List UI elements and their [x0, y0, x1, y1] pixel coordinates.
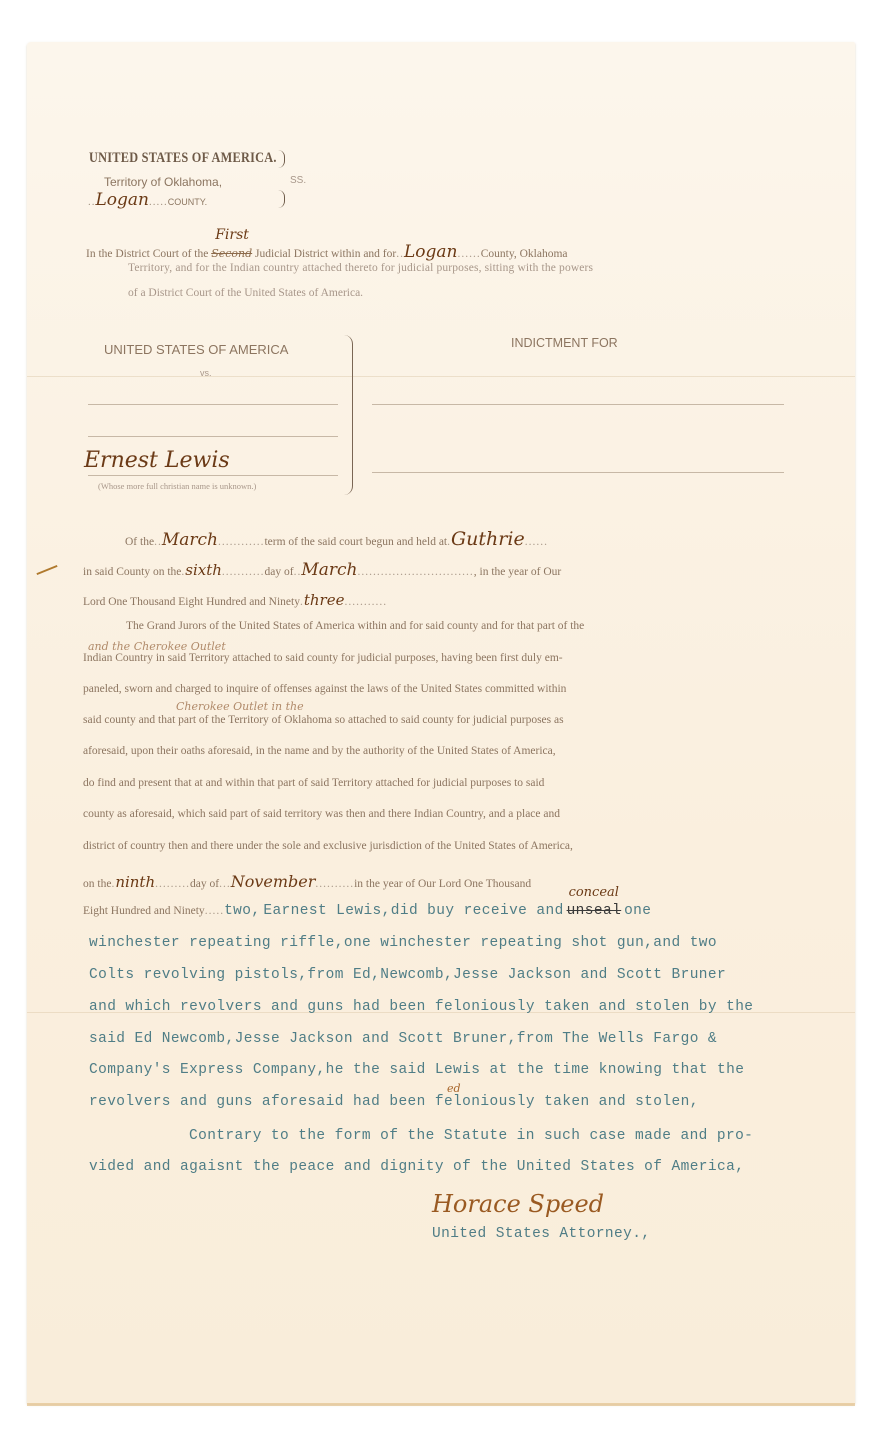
typed-line: Company's Express Company,he the said Le… — [89, 1062, 744, 1078]
month-handwritten: March — [301, 560, 357, 580]
defendant-note: (Whose more full christian name is unkno… — [98, 481, 256, 491]
court-mid: Judicial District within and for — [255, 248, 396, 260]
body-line: Indian Country in said Territory attache… — [83, 652, 563, 664]
body-line: paneled, sworn and charged to inquire of… — [83, 683, 566, 695]
district-handwritten: First — [215, 227, 249, 243]
year-line: Lord One Thousand Eight Hundred and Nine… — [83, 591, 387, 609]
body-line: district of country then and there under… — [83, 840, 573, 852]
defendant-name-handwritten: Ernest Lewis — [84, 448, 230, 473]
typed-line: vided and agaisnt the peace and dignity … — [89, 1159, 744, 1175]
typed-first: Earnest Lewis,did buy receive and — [263, 903, 563, 919]
offense-date-line: on the.ninth.........day of...November..… — [83, 872, 531, 891]
county-on-the: in said County on the — [83, 566, 181, 578]
header-county-line: ..Logan.....COUNTY. — [88, 190, 207, 210]
paper-fold-line — [27, 376, 855, 377]
header-territory: Territory of Oklahoma, — [104, 175, 222, 189]
caption-plaintiff: UNITED STATES OF AMERICA — [104, 342, 288, 357]
typed-line-first: Eight Hundred and Ninety.....two, Earnes… — [83, 903, 651, 919]
typed-line: and which revolvers and guns had been fe… — [89, 999, 753, 1015]
court-suffix: County, Oklahoma — [481, 248, 568, 260]
court-clause-line2: Territory, and for the Indian country at… — [128, 262, 593, 274]
term-handwritten: March — [162, 530, 218, 550]
term-line: Of the..March............term of the sai… — [125, 528, 548, 550]
header-country: UNITED STATES OF AMERICA. — [89, 150, 277, 167]
typed-line: Contrary to the form of the Statute in s… — [189, 1128, 753, 1144]
date-line: in said County on the.sixth...........da… — [83, 560, 561, 580]
caption-divider-bracket — [344, 335, 353, 495]
court-prefix: In the District Court of the — [86, 248, 208, 260]
offense-date-rest: in the year of Our Lord One Thousand — [354, 878, 531, 890]
caption-rule — [88, 436, 338, 437]
offense-day-handwritten: ninth — [115, 873, 155, 891]
indictment-rule — [372, 404, 784, 405]
typed-year: two, — [224, 903, 260, 919]
term-text: term of the said court begun and held at — [264, 536, 447, 548]
eight-hundred: Eight Hundred and Ninety — [83, 905, 205, 917]
signature-title: United States Attorney., — [432, 1226, 650, 1242]
handwritten-correction: conceal — [569, 885, 619, 900]
lord-line: Lord One Thousand Eight Hundred and Nine… — [83, 596, 300, 608]
court-county-handwritten: Logan — [404, 242, 458, 262]
caption-rule — [88, 404, 338, 405]
typed-line: Colts revolving pistols,from Ed,Newcomb,… — [89, 967, 726, 983]
district-struck: Second — [211, 247, 252, 260]
court-clause-line3: of a District Court of the United States… — [128, 287, 363, 299]
typed-struck-word: unseal — [567, 903, 622, 919]
caption-vs: vs. — [200, 368, 212, 378]
body-line: said county and that part of the Territo… — [83, 714, 564, 726]
header-ss: SS. — [290, 175, 306, 186]
typed-line: said Ed Newcomb,Jesse Jackson and Scott … — [89, 1031, 717, 1047]
indictment-label: INDICTMENT FOR — [511, 336, 618, 350]
body-line: do find and present that at and within t… — [83, 777, 544, 789]
court-clause-line1: In the District Court of the First Secon… — [86, 242, 568, 262]
body-line: The Grand Jurors of the United States of… — [126, 620, 584, 632]
signature-handwritten: Horace Speed — [432, 1190, 604, 1218]
indictment-rule — [372, 472, 784, 473]
body-line: aforesaid, upon their oaths aforesaid, i… — [83, 745, 556, 757]
on-the: on the — [83, 878, 111, 890]
day-handwritten: sixth — [185, 561, 222, 579]
day-of: day of — [265, 566, 294, 578]
typed-line: revolvers and guns aforesaid had been fe… — [89, 1094, 699, 1110]
year-of-our: , in the year of Our — [474, 566, 562, 578]
of-the: Of the — [125, 536, 154, 548]
place-handwritten: Guthrie — [451, 528, 525, 550]
offense-day-of: day of — [190, 878, 219, 890]
typed-line: winchester repeating riffle,one winchest… — [89, 935, 717, 951]
defendant-rule — [88, 475, 338, 476]
typed-first-end: one — [624, 903, 651, 919]
body-line: county as aforesaid, which said part of … — [83, 808, 560, 820]
insert-cherokee-outlet-2: Cherokee Outlet in the — [176, 700, 304, 713]
year-handwritten: three — [304, 591, 345, 609]
county-handwritten: Logan — [96, 190, 150, 210]
offense-month-handwritten: November — [231, 872, 316, 891]
county-label: COUNTY. — [168, 197, 207, 207]
